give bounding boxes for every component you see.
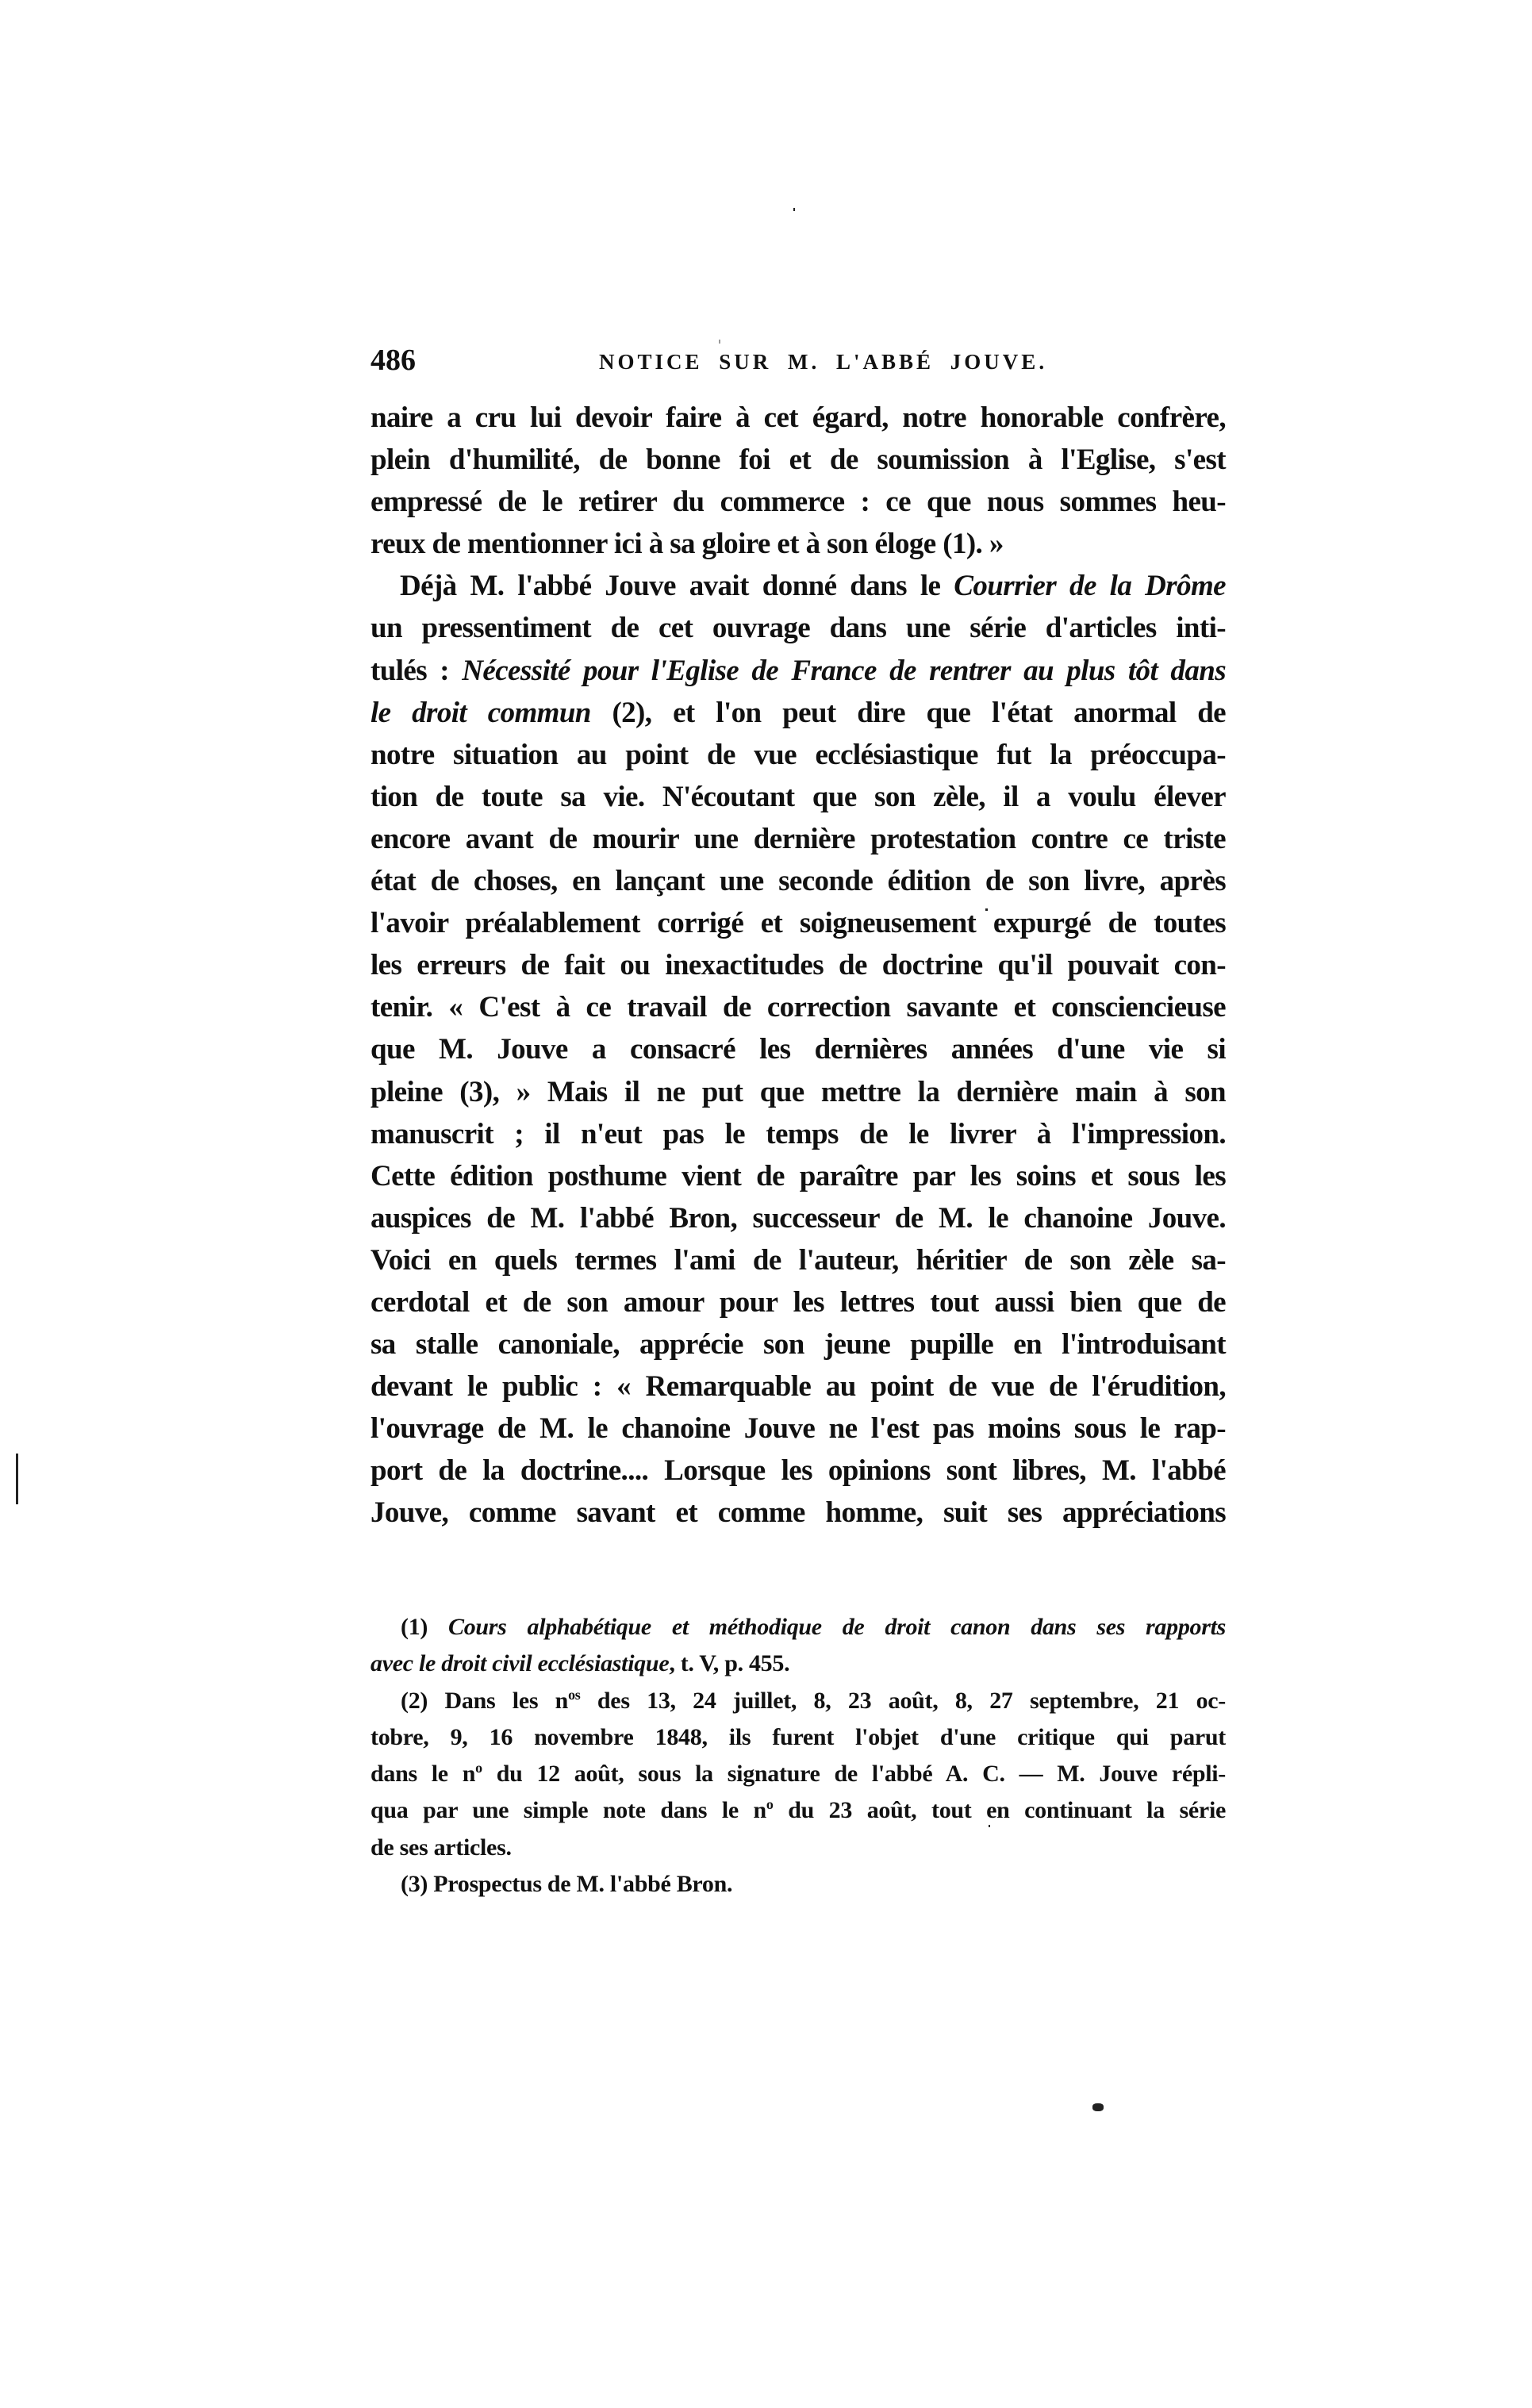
text-segment: auspices de M. l'abbé Bron, successeur d… [371, 1202, 1226, 1235]
text-segment: Cette édition posthume vient de paraître… [371, 1160, 1226, 1192]
body-text: naire a cru lui devoir faire à cet égard… [371, 397, 1226, 1534]
text-segment: (1) [401, 1614, 448, 1640]
text-segment: tulés : [371, 655, 462, 687]
body-line: notre situation au point de vue ecclésia… [371, 734, 1226, 776]
body-line: port de la doctrine.... Lorsque les opin… [371, 1450, 1226, 1492]
scan-speck [989, 1825, 990, 1827]
text-segment: plein d'humilité, de bonne foi et de sou… [371, 444, 1226, 476]
body-line: Déjà M. l'abbé Jouve avait donné dans le… [371, 565, 1226, 607]
text-segment: pleine (3), » Mais il ne put que mettre … [371, 1076, 1226, 1108]
body-line: le droit commun (2), et l'on peut dire q… [371, 692, 1226, 734]
running-head: 486 NOTICE SUR M. L'ABBÉ JOUVE. [371, 343, 1226, 378]
text-segment: (2), et l'on peut dire que l'état anorma… [591, 697, 1226, 729]
text-segment: du 23 août, tout en continuant la série [774, 1797, 1226, 1823]
italic-text: Courrier de la Drôme [954, 570, 1226, 602]
text-segment: port de la doctrine.... Lorsque les opin… [371, 1454, 1226, 1487]
italic-text: Nécessité pour l'Eglise de France de ren… [462, 655, 1226, 687]
text-segment: état de choses, en lançant une seconde é… [371, 865, 1226, 897]
text-segment: dans le n [371, 1761, 475, 1787]
text-segment: encore avant de mourir une dernière prot… [371, 823, 1226, 855]
ordinal-superscript: o [475, 1760, 482, 1776]
body-line: manuscrit ; il n'eut pas le temps de le … [371, 1113, 1226, 1155]
footnote-line: tobre, 9, 16 novembre 1848, ils furent l… [371, 1719, 1226, 1756]
text-segment: du 12 août, sous la signature de l'abbé … [482, 1761, 1226, 1787]
body-line: naire a cru lui devoir faire à cet égard… [371, 397, 1226, 439]
page-number: 486 [371, 343, 416, 378]
body-line: les erreurs de fait ou inexactitudes de … [371, 944, 1226, 986]
body-line: empressé de le retirer du commerce : ce … [371, 481, 1226, 523]
footnote-line: (2) Dans les nos des 13, 24 juillet, 8, … [371, 1683, 1226, 1719]
body-line: pleine (3), » Mais il ne put que mettre … [371, 1071, 1226, 1113]
text-segment: devant le public : « Remarquable au poin… [371, 1370, 1226, 1403]
scan-speck [793, 208, 795, 211]
body-line: plein d'humilité, de bonne foi et de sou… [371, 439, 1226, 481]
footnote-line: avec le droit civil ecclésiastique, t. V… [371, 1646, 1226, 1682]
body-line: encore avant de mourir une dernière prot… [371, 818, 1226, 860]
text-segment: les erreurs de fait ou inexactitudes de … [371, 949, 1226, 981]
text-segment: (3) Prospectus de M. l'abbé Bron. [401, 1871, 732, 1897]
footnote-line: (1) Cours alphabétique et méthodique de … [371, 1609, 1226, 1646]
footnote-line: de ses articles. [371, 1830, 1226, 1866]
body-line: tenir. « C'est à ce travail de correctio… [371, 986, 1226, 1028]
body-line: sa stalle canoniale, apprécie son jeune … [371, 1323, 1226, 1365]
body-line: cerdotal et de son amour pour les lettre… [371, 1281, 1226, 1323]
text-segment: Jouve, comme savant et comme homme, suit… [371, 1496, 1226, 1529]
text-segment: reux de mentionner ici à sa gloire et à … [371, 528, 1004, 560]
body-line: auspices de M. l'abbé Bron, successeur d… [371, 1197, 1226, 1239]
text-segment: l'avoir préalablement corrigé et soigneu… [371, 907, 1226, 939]
scan-speck [719, 340, 720, 344]
text-segment: tenir. « C'est à ce travail de correctio… [371, 991, 1226, 1023]
footnotes: (1) Cours alphabétique et méthodique de … [371, 1609, 1226, 1903]
body-line: Cette édition posthume vient de paraître… [371, 1155, 1226, 1197]
text-segment: un pressentiment de cet ouvrage dans une… [371, 612, 1226, 644]
text-segment: naire a cru lui devoir faire à cet égard… [371, 401, 1226, 434]
text-segment: , t. V, p. 455. [669, 1650, 789, 1676]
text-segment: empressé de le retirer du commerce : ce … [371, 486, 1226, 518]
body-line: devant le public : « Remarquable au poin… [371, 1365, 1226, 1408]
text-segment: tion de toute sa vie. N'écoutant que son… [371, 781, 1226, 813]
footnote-line: qua par une simple note dans le no du 23… [371, 1792, 1226, 1829]
footnote-line: dans le no du 12 août, sous la signature… [371, 1756, 1226, 1792]
text-segment: cerdotal et de son amour pour les lettre… [371, 1286, 1226, 1319]
text-segment: sa stalle canoniale, apprécie son jeune … [371, 1328, 1226, 1361]
text-segment: qua par une simple note dans le n [371, 1797, 766, 1823]
body-line: l'avoir préalablement corrigé et soigneu… [371, 902, 1226, 944]
scanned-book-page: 486 NOTICE SUR M. L'ABBÉ JOUVE. naire a … [0, 0, 1532, 2408]
italic-text: avec le droit civil ecclésiastique [371, 1650, 669, 1676]
body-line: que M. Jouve a consacré les dernières an… [371, 1028, 1226, 1070]
italic-text: le droit commun [371, 697, 591, 729]
scan-speck [985, 908, 988, 911]
body-line: tion de toute sa vie. N'écoutant que son… [371, 776, 1226, 818]
running-head-title: NOTICE SUR M. L'ABBÉ JOUVE. [599, 346, 1047, 378]
body-line: l'ouvrage de M. le chanoine Jouve ne l'e… [371, 1408, 1226, 1450]
text-segment: Voici en quels termes l'ami de l'auteur,… [371, 1244, 1226, 1277]
ordinal-superscript: o [766, 1797, 774, 1813]
body-line: tulés : Nécessité pour l'Eglise de Franc… [371, 650, 1226, 692]
text-segment: notre situation au point de vue ecclésia… [371, 739, 1226, 771]
text-segment: manuscrit ; il n'eut pas le temps de le … [371, 1118, 1226, 1150]
text-segment: de ses articles. [371, 1834, 512, 1861]
italic-text: Cours alphabétique et méthodique de droi… [448, 1614, 1226, 1640]
body-line: reux de mentionner ici à sa gloire et à … [371, 523, 1226, 565]
ink-blot [1092, 2103, 1104, 2111]
text-segment: (2) Dans les n [401, 1688, 568, 1714]
text-segment: Déjà M. l'abbé Jouve avait donné dans le [400, 570, 954, 602]
body-line: un pressentiment de cet ouvrage dans une… [371, 607, 1226, 649]
body-line: état de choses, en lançant une seconde é… [371, 860, 1226, 902]
text-segment: des 13, 24 juillet, 8, 23 août, 8, 27 se… [580, 1688, 1226, 1714]
scan-mark [16, 1454, 18, 1504]
footnote-line: (3) Prospectus de M. l'abbé Bron. [371, 1866, 1226, 1903]
text-segment: que M. Jouve a consacré les dernières an… [371, 1033, 1226, 1066]
text-segment: tobre, 9, 16 novembre 1848, ils furent l… [371, 1724, 1226, 1750]
text-segment: l'ouvrage de M. le chanoine Jouve ne l'e… [371, 1412, 1226, 1445]
body-line: Jouve, comme savant et comme homme, suit… [371, 1492, 1226, 1534]
ordinal-superscript: os [568, 1687, 580, 1703]
body-line: Voici en quels termes l'ami de l'auteur,… [371, 1239, 1226, 1281]
